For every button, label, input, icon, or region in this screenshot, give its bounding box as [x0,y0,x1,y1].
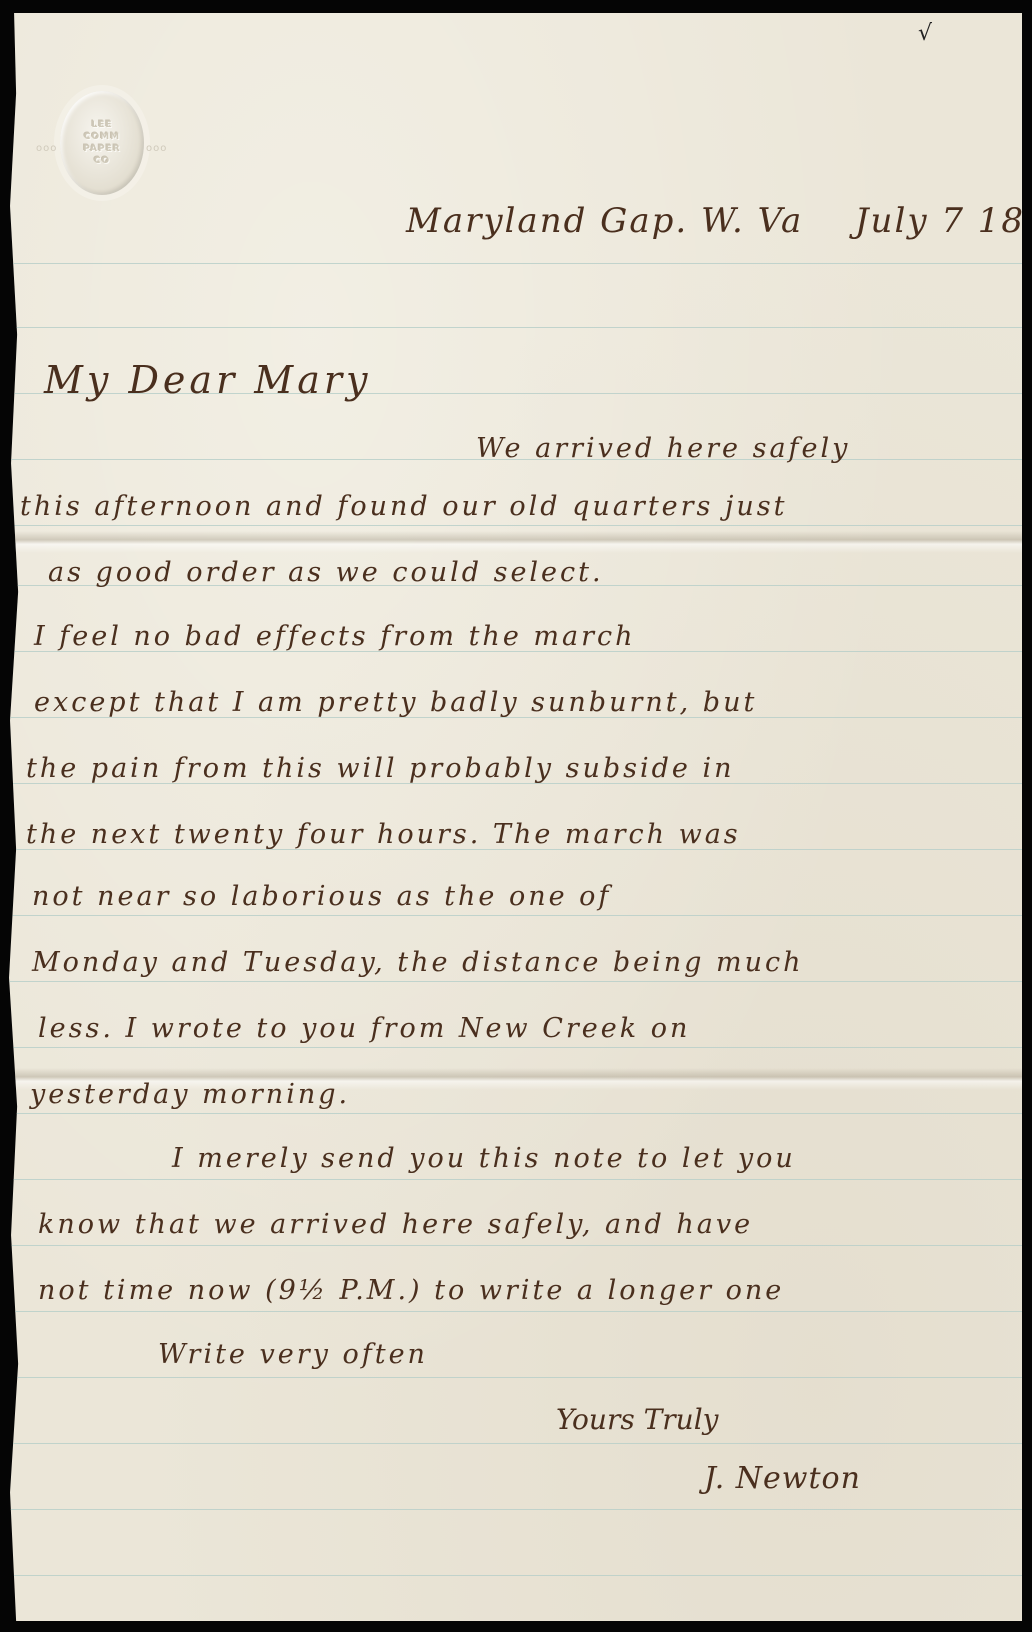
seal-ornament-left: ooo [36,143,57,154]
signature: J. Newton [704,1461,861,1496]
body-line: yesterday morning. [30,1079,350,1110]
seal-text-line: COMM [84,131,120,143]
body-line: not time now (9½ P.M.) to write a longer… [38,1275,784,1306]
letter-heading: Maryland Gap. W. Va July 7 1864 [406,201,1032,241]
body-line: the pain from this will probably subside… [26,753,926,784]
body-line: know that we arrived here safely, and ha… [38,1209,753,1240]
heading-date: July 7 1864 [855,201,1032,241]
body-line: the next twenty four hours. The march wa… [26,819,946,850]
letter-page: √ LEE COMM PAPER CO ooo ooo Maryland Gap… [8,13,1022,1621]
embossed-paper-seal: LEE COMM PAPER CO [60,91,144,195]
ruled-line [8,981,1022,982]
body-line: except that I am pretty badly sunburnt, … [34,687,954,718]
body-line: as good order as we could select. [48,557,918,588]
seal-text-line: PAPER [83,143,120,155]
seal-text-line: CO [94,155,110,167]
body-line: I merely send you this note to let you [172,1143,796,1174]
ruled-line [8,263,1022,264]
body-line: Monday and Tuesday, the distance being m… [32,947,932,978]
page-check-mark: √ [918,21,932,46]
body-line: not near so laborious as the one of [32,881,932,912]
ruled-line [8,915,1022,916]
ruled-line [8,1245,1022,1246]
ruled-line [8,1509,1022,1510]
ruled-line [8,1311,1022,1312]
body-line: less. I wrote to you from New Creek on [38,1013,918,1044]
ruled-line [8,525,1022,526]
salutation: My Dear Mary [44,358,372,402]
body-line: We arrived here safely [476,433,926,464]
closing: Yours Truly [556,1403,718,1436]
ruled-line [8,1113,1022,1114]
body-line: Write very often [158,1339,428,1370]
body-line: I feel no bad effects from the march [34,621,914,652]
ruled-line [8,1377,1022,1378]
seal-text-line: LEE [91,119,112,131]
body-line: this afternoon and found our old quarter… [20,491,920,522]
heading-place: Maryland Gap. W. Va [406,201,803,241]
ruled-line [8,327,1022,328]
ruled-line [8,1443,1022,1444]
seal-ornament-right: ooo [146,143,167,154]
fold-crease [8,531,1022,553]
ruled-line [8,1047,1022,1048]
ruled-line [8,1179,1022,1180]
ruled-line [8,1575,1022,1576]
